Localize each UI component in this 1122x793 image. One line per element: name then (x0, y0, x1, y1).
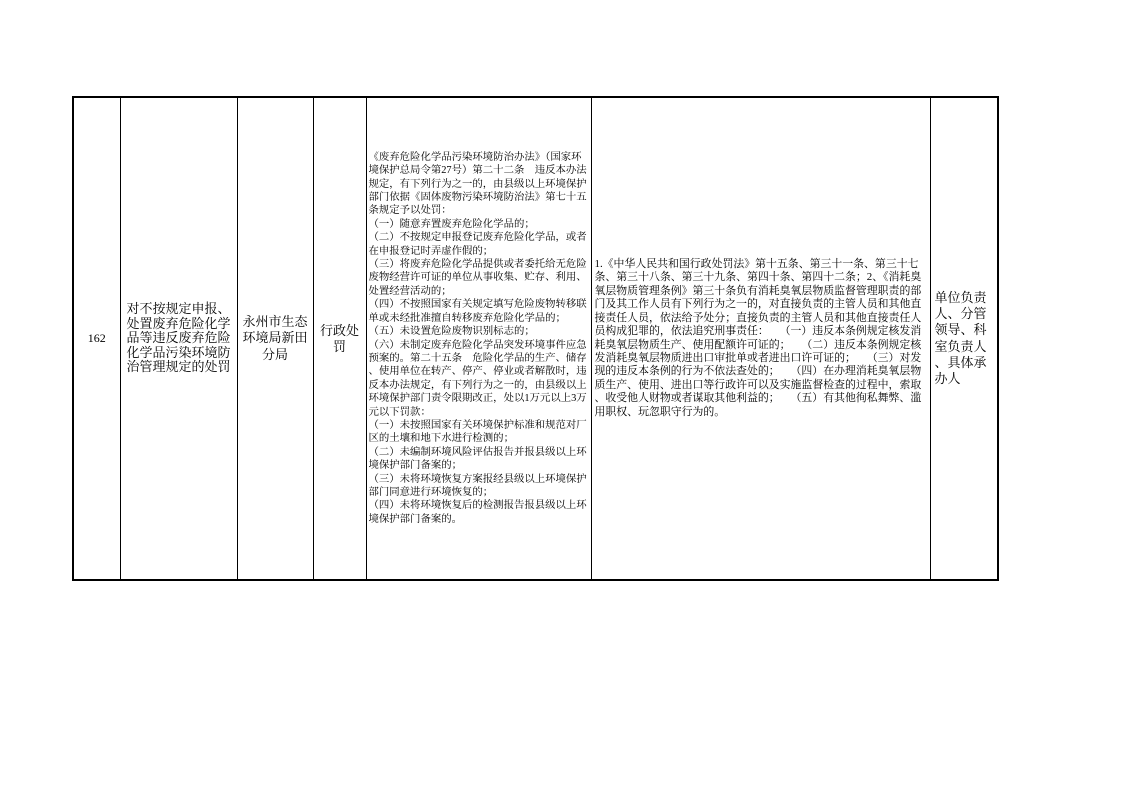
document-page: 162 对不按规定申报、处置废弃危险化学品等违反废弃危险化学品污染环境防治管理规… (0, 0, 1122, 793)
cell-seq-no: 162 (73, 97, 120, 580)
cell-legal-basis: 《废弃危险化学品污染环境防治办法》（国家环境保护总局令第27号）第二十二条 违反… (366, 97, 591, 580)
cell-power-type: 行政处罚 (313, 97, 366, 580)
power-list-table: 162 对不按规定申报、处置废弃危险化学品等违反废弃危险化学品污染环境防治管理规… (72, 96, 999, 581)
cell-implementing-agency: 永州市生态环境局新田分局 (237, 97, 313, 580)
cell-accountability-basis: 1.《中华人民共和国行政处罚法》第十五条、第三十一条、第三十七条、第三十八条、第… (591, 97, 930, 580)
cell-responsible-persons: 单位负责人、分管领导、科室负责人、具体承办人 (930, 97, 998, 580)
cell-power-name: 对不按规定申报、处置废弃危险化学品等违反废弃危险化学品污染环境防治管理规定的处罚 (120, 97, 237, 580)
table-row: 162 对不按规定申报、处置废弃危险化学品等违反废弃危险化学品污染环境防治管理规… (73, 97, 998, 580)
